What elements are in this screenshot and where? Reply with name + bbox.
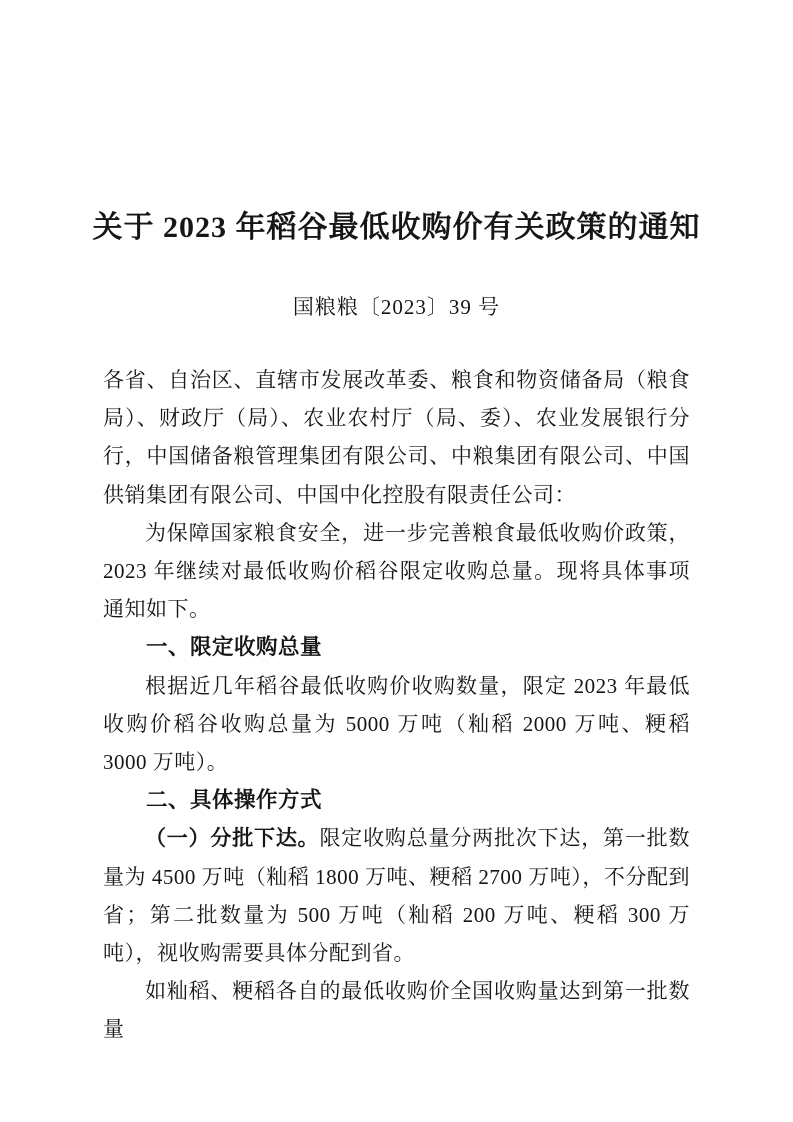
section2-item1-paragraph: （一）分批下达。限定收购总量分两批次下达，第一批数量为 4500 万吨（籼稻 1… bbox=[103, 819, 690, 972]
document-page: 关于 2023 年稻谷最低收购价有关政策的通知 国粮粮〔2023〕39 号 各省… bbox=[0, 0, 793, 1122]
section1-heading: 一、限定收购总量 bbox=[103, 628, 690, 666]
document-body: 各省、自治区、直辖市发展改革委、粮食和物资储备局（粮食局）、财政厅（局）、农业农… bbox=[103, 361, 690, 1049]
intro-paragraph: 为保障国家粮食安全，进一步完善粮食最低收购价政策，2023 年继续对最低收购价稻… bbox=[103, 514, 690, 629]
section2-item1-lead: （一）分批下达。 bbox=[145, 826, 320, 850]
section2-item1-paragraph2: 如籼稻、粳稻各自的最低收购价全国收购量达到第一批数量 bbox=[103, 972, 690, 1048]
salutation-paragraph: 各省、自治区、直辖市发展改革委、粮食和物资储备局（粮食局）、财政厅（局）、农业农… bbox=[103, 361, 690, 514]
document-title: 关于 2023 年稻谷最低收购价有关政策的通知 bbox=[60, 206, 733, 250]
section2-heading: 二、具体操作方式 bbox=[103, 781, 690, 819]
document-number: 国粮粮〔2023〕39 号 bbox=[0, 292, 793, 322]
section1-body-paragraph: 根据近几年稻谷最低收购价收购数量，限定 2023 年最低收购价稻谷收购总量为 5… bbox=[103, 667, 690, 782]
